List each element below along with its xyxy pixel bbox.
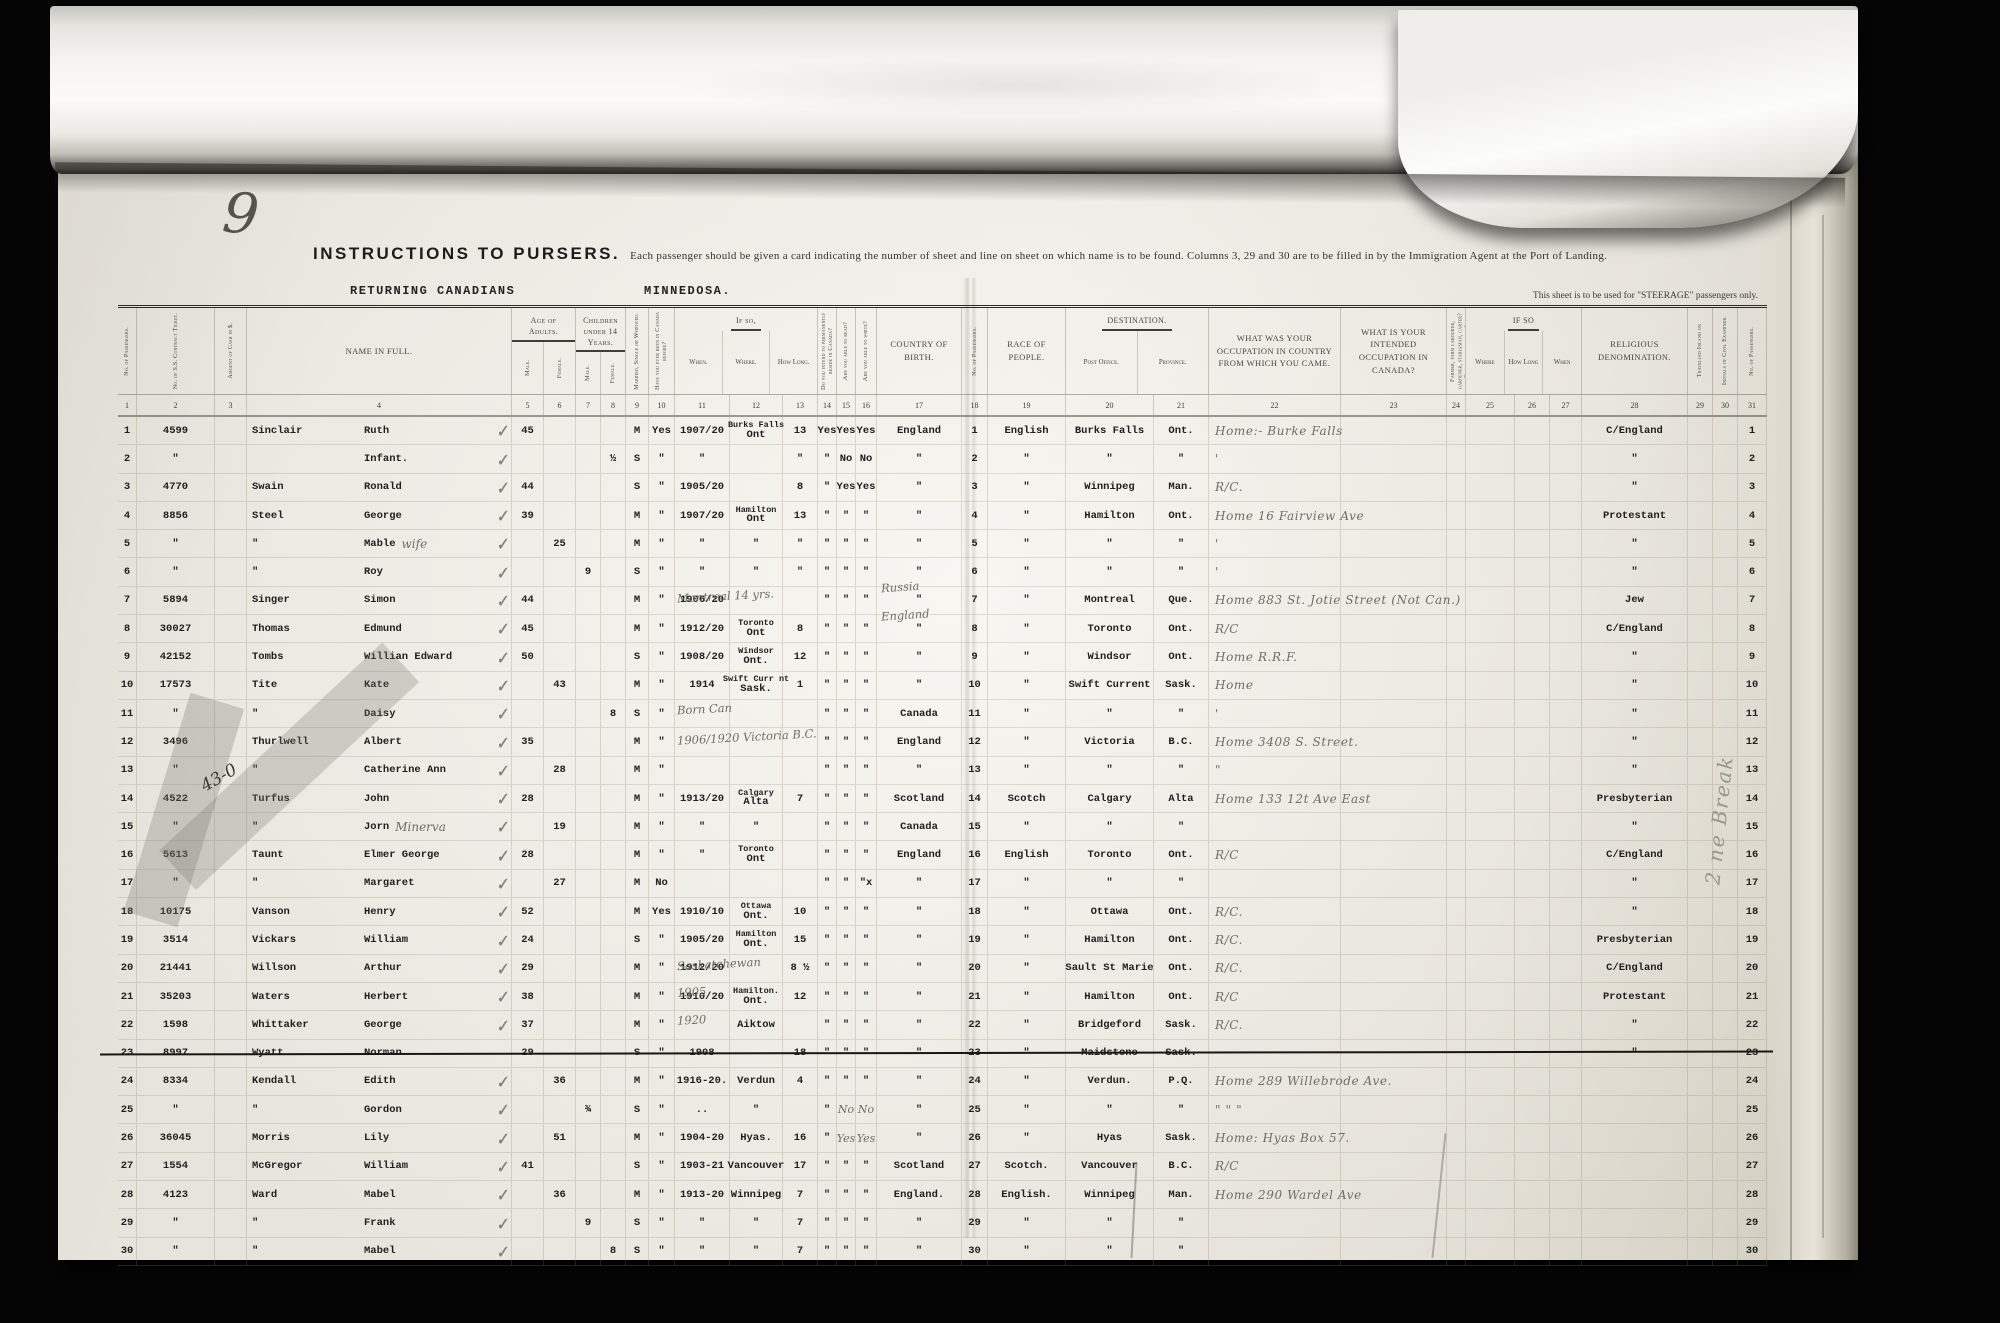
occupation-handwritten: Home R.R.F. — [1215, 650, 1298, 664]
document-header: INSTRUCTIONS TO PURSERS.Each passenger s… — [313, 244, 1743, 264]
cell-able-to-read: No — [837, 445, 856, 472]
cell-marital-status: S — [626, 1153, 649, 1180]
cell-destination-post-office: " — [1066, 558, 1154, 585]
cell-able-to-read: " — [837, 983, 856, 1010]
cell-name: KendallEdith✓ — [247, 1068, 512, 1095]
cell-age-female: 19 — [544, 813, 576, 840]
passenger-given-name: Herbert — [364, 991, 408, 1003]
cell-passenger-number: 15 — [962, 813, 988, 840]
cell-child-male — [576, 1238, 601, 1265]
cell-intend-reside: " — [818, 643, 837, 670]
cell-able-to-write: " — [856, 672, 877, 699]
cell-line-number: 9 — [118, 643, 137, 670]
cell-canada-before: " — [649, 1238, 675, 1265]
cell-intend-reside: " — [818, 983, 837, 1010]
cell-travelled-inland — [1688, 983, 1713, 1010]
occupation-handwritten: Home 289 Willebrode Ave. — [1215, 1074, 1392, 1088]
cell-intend-reside: " — [818, 1238, 837, 1265]
passenger-surname: Ward — [252, 1189, 364, 1201]
where-province: Ont — [747, 514, 766, 525]
cell-destination-post-office: " — [1066, 1209, 1154, 1236]
cell-farm-work — [1447, 1040, 1466, 1067]
column-group-label: Age of Adults. — [512, 316, 575, 342]
cell-intended-occupation — [1341, 757, 1447, 784]
cell-marital-status: M — [626, 587, 649, 614]
passenger-group-label: RETURNING CANADIANS — [350, 284, 515, 298]
cell-destination-post-office: Calgary — [1066, 785, 1154, 812]
cell-line-number-end: 11 — [1738, 700, 1767, 727]
cell-intend-reside: " — [818, 1068, 837, 1095]
passenger-row: 2636045MorrisLily✓51M"1904-20Hyas.16"Yes… — [118, 1124, 1767, 1152]
column-header-label: WHAT WAS YOUR OCCUPATION IN COUNTRY FROM… — [1209, 332, 1340, 370]
cell-intended-occupation — [1341, 1096, 1447, 1123]
cell-intend-reside: " — [818, 1153, 837, 1180]
cell-cash-amount — [215, 643, 247, 670]
column-header: Have you ever been in Canada before? — [649, 308, 675, 394]
cell-ticket-number: 42152 — [137, 643, 215, 670]
cell-name: "JornMinerva✓ — [247, 813, 512, 840]
pencil-checkmark: ✓ — [497, 478, 510, 499]
cell-age-female — [544, 785, 576, 812]
cell-religion: Presbyterian — [1582, 785, 1688, 812]
country-handwritten-note: England — [881, 606, 930, 623]
cell-country-of-birth: " — [877, 1011, 962, 1038]
cell-canada-before: " — [649, 1011, 675, 1038]
cell-intended-occupation — [1341, 1011, 1447, 1038]
cell-ifso-how-long — [1515, 417, 1550, 444]
cell-canada-before: " — [649, 1181, 675, 1208]
occupation-handwritten: R/C. — [1215, 905, 1243, 919]
cell-where-in-canada: Hyas. — [730, 1124, 783, 1151]
cell-ifso-when — [1550, 1153, 1582, 1180]
cell-marital-status: M — [626, 1124, 649, 1151]
cell-race: Scotch. — [988, 1153, 1066, 1180]
cell-able-to-write: " — [856, 898, 877, 925]
cell-previous-occupation: R/C. — [1209, 955, 1341, 982]
column-header: No. of Passengers. — [962, 308, 988, 394]
column-header-label: COUNTRY OF BIRTH. — [877, 338, 961, 364]
pencil-checkmark: ✓ — [497, 1015, 510, 1036]
cell-religion: C/England — [1582, 417, 1688, 444]
column-header: No. of S.S. Contract Ticket. — [137, 308, 215, 394]
cell-how-long: 18 — [783, 1040, 818, 1067]
cell-farm-work — [1447, 502, 1466, 529]
cell-age-male: 29 — [512, 955, 544, 982]
cell-able-to-read: " — [837, 1068, 856, 1095]
pencil-checkmark: ✓ — [497, 1185, 510, 1206]
cell-race: " — [988, 530, 1066, 557]
cell-when-in-canada: " — [675, 1238, 730, 1265]
cell-passenger-number: 11 — [962, 700, 988, 727]
cell-country-of-birth: Scotland — [877, 1153, 962, 1180]
passenger-row: 165613TauntElmer George✓28M""TorontoOnt"… — [118, 841, 1767, 869]
column-number: 22 — [1209, 395, 1341, 415]
cell-previous-occupation: Home 133 12t Ave East — [1209, 785, 1341, 812]
pencil-checkmark: ✓ — [497, 874, 510, 895]
column-header-label: Have you ever worked as Farmer, farm lab… — [1447, 310, 1466, 392]
cell-how-long — [783, 1011, 818, 1038]
cell-age-male — [512, 813, 544, 840]
cell-travelled-inland — [1688, 502, 1713, 529]
cell-age-male — [512, 1238, 544, 1265]
cell-when-in-canada: " — [675, 530, 730, 557]
cell-religion: Protestant — [1582, 502, 1688, 529]
where-province: Ont — [747, 854, 766, 865]
cell-intended-occupation — [1341, 445, 1447, 472]
cell-destination-post-office: Hamilton — [1066, 502, 1154, 529]
column-number: 19 — [988, 395, 1066, 415]
cell-ifso-how-long — [1515, 1068, 1550, 1095]
cell-age-female — [544, 643, 576, 670]
cell-farm-work — [1447, 1068, 1466, 1095]
cell-passenger-number: 2 — [962, 445, 988, 472]
cell-how-long: 12 — [783, 643, 818, 670]
passenger-row: 29""Frank✓9S"""7""""29"""29 — [118, 1209, 1767, 1237]
pencil-checkmark: ✓ — [497, 421, 510, 442]
cell-where-in-canada: Burks FallsOnt — [730, 417, 783, 444]
cell-passenger-number: 10 — [962, 672, 988, 699]
cell-name: SwainRonald✓ — [247, 474, 512, 501]
column-subheader: How Long — [1505, 331, 1544, 394]
cell-marital-status: M — [626, 1181, 649, 1208]
cell-previous-occupation: Home R.R.F. — [1209, 643, 1341, 670]
cell-intended-occupation — [1341, 870, 1447, 897]
cell-religion: " — [1582, 870, 1688, 897]
binding-edge — [1766, 148, 1858, 1260]
cell-how-long: 13 — [783, 502, 818, 529]
steerage-note: This sheet is to be used for "STEERAGE" … — [1428, 291, 1758, 301]
cell-line-number: 16 — [118, 841, 137, 868]
cell-destination-post-office: " — [1066, 813, 1154, 840]
cell-country-of-birth: " — [877, 757, 962, 784]
column-subheader-label: Where — [1475, 359, 1494, 366]
cell-intended-occupation — [1341, 700, 1447, 727]
cell-marital-status: M — [626, 502, 649, 529]
cell-ifso-when — [1550, 785, 1582, 812]
cell-where-in-canada: " — [730, 813, 783, 840]
cell-canada-before: " — [649, 587, 675, 614]
cell-able-to-write: " — [856, 1011, 877, 1038]
where-province: Sask. — [740, 684, 772, 695]
cell-destination-province: B.C. — [1154, 1153, 1209, 1180]
cell-destination-province: Man. — [1154, 474, 1209, 501]
cell-child-female — [601, 1040, 626, 1067]
cell-able-to-read: " — [837, 813, 856, 840]
cell-passenger-number: 22 — [962, 1011, 988, 1038]
cell-country-of-birth: England — [877, 728, 962, 755]
pencil-checkmark: ✓ — [497, 619, 510, 640]
cell-cash-amount — [215, 1153, 247, 1180]
cell-examiner-initials — [1713, 926, 1738, 953]
cell-ticket-number: 8856 — [137, 502, 215, 529]
cell-intend-reside: " — [818, 870, 837, 897]
manifest-sheet: 9 INSTRUCTIONS TO PURSERS.Each passenger… — [58, 148, 1858, 1260]
cell-religion: Protestant — [1582, 983, 1688, 1010]
occupation-handwritten: R/C — [1215, 1159, 1239, 1173]
passenger-row: 75894SingerSimon✓44M"1906/20Montreal 14 … — [118, 587, 1767, 615]
cell-when-in-canada: 1912/20 — [675, 615, 730, 642]
cell-age-male: 39 — [512, 502, 544, 529]
cell-where-in-canada — [730, 700, 783, 727]
cell-ifso-how-long — [1515, 1096, 1550, 1123]
cell-name: VansonHenry✓ — [247, 898, 512, 925]
cell-child-female — [601, 1124, 626, 1151]
cell-ifso-when — [1550, 700, 1582, 727]
cell-age-female — [544, 1011, 576, 1038]
passenger-surname: Taunt — [252, 849, 364, 861]
cell-age-male — [512, 757, 544, 784]
cell-ifso-when — [1550, 813, 1582, 840]
pencil-checkmark: ✓ — [497, 1157, 510, 1178]
cell-where-in-canada — [730, 474, 783, 501]
cell-examiner-initials — [1713, 1011, 1738, 1038]
cell-religion: " — [1582, 643, 1688, 670]
column-header: Children under 14 Years.Male.Female. — [576, 308, 626, 394]
cell-religion: C/England — [1582, 615, 1688, 642]
cell-religion — [1582, 1068, 1688, 1095]
cell-child-male — [576, 615, 601, 642]
cell-age-male — [512, 1124, 544, 1151]
cell-when-in-canada: 1914 — [675, 672, 730, 699]
cell-able-to-read: " — [837, 1181, 856, 1208]
passenger-given-name: William — [364, 1160, 408, 1172]
cell-ifso-how-long — [1515, 1040, 1550, 1067]
cell-destination-province: " — [1154, 1238, 1209, 1265]
cell-cash-amount — [215, 983, 247, 1010]
cell-farm-work — [1447, 1238, 1466, 1265]
passenger-row: 5""Mablewife✓25M""""""""5"""'"5 — [118, 530, 1767, 558]
cell-when-in-canada: 1913-20 — [675, 1181, 730, 1208]
cell-intend-reside: " — [818, 445, 837, 472]
cell-ifso-where — [1466, 1209, 1515, 1236]
cell-child-male — [576, 1181, 601, 1208]
cell-cash-amount — [215, 1181, 247, 1208]
cell-child-male — [576, 785, 601, 812]
cell-when-in-canada: Born Can — [675, 700, 730, 727]
cell-when-in-canada: 1908 — [675, 1040, 730, 1067]
cell-age-female — [544, 1153, 576, 1180]
cell-able-to-write: " — [856, 1153, 877, 1180]
cell-ifso-where — [1466, 672, 1515, 699]
cell-name: ThomasEdmund✓ — [247, 615, 512, 642]
cell-age-male: 44 — [512, 474, 544, 501]
cell-ticket-number: " — [137, 445, 215, 472]
passenger-row: 6""Roy✓9S""""""""6"""'"6 — [118, 558, 1767, 586]
cell-destination-post-office: " — [1066, 1238, 1154, 1265]
column-number: 7 — [576, 395, 601, 415]
cell-examiner-initials — [1713, 983, 1738, 1010]
cell-age-male: 50 — [512, 643, 544, 670]
cell-age-female — [544, 615, 576, 642]
cell-line-number-end: 30 — [1738, 1238, 1767, 1265]
cell-able-to-read: " — [837, 672, 856, 699]
cell-able-to-write: " — [856, 587, 877, 614]
cell-where-in-canada: " — [730, 530, 783, 557]
where-province: Ont. — [743, 996, 768, 1007]
passenger-given-name: Mable — [364, 538, 396, 550]
cell-destination-province: " — [1154, 757, 1209, 784]
cell-country-of-birth: " — [877, 643, 962, 670]
cell-how-long: 10 — [783, 898, 818, 925]
cell-line-number: 3 — [118, 474, 137, 501]
cell-ifso-when — [1550, 1181, 1582, 1208]
cell-travelled-inland — [1688, 643, 1713, 670]
cell-line-number-end: 6 — [1738, 558, 1767, 585]
passenger-given-name: Albert — [364, 736, 402, 748]
cell-destination-post-office: Windsor — [1066, 643, 1154, 670]
passenger-surname: " — [252, 1104, 364, 1116]
cell-travelled-inland — [1688, 1068, 1713, 1095]
cell-marital-status: S — [626, 474, 649, 501]
cell-marital-status: M — [626, 785, 649, 812]
cell-religion: " — [1582, 445, 1688, 472]
cell-child-female — [601, 1011, 626, 1038]
column-header: Travelled Inland on — [1688, 308, 1713, 394]
cell-intend-reside: " — [818, 1011, 837, 1038]
cell-age-male: 45 — [512, 417, 544, 444]
column-subheader: Female. — [544, 342, 575, 394]
cell-age-male — [512, 530, 544, 557]
where-province: Alta — [743, 797, 768, 808]
column-header: Initials of Civil Examiner. — [1713, 308, 1738, 394]
passenger-surname: Singer — [252, 594, 364, 606]
cell-marital-status: S — [626, 926, 649, 953]
cell-age-female — [544, 587, 576, 614]
cell-intend-reside: " — [818, 728, 837, 755]
cell-examiner-initials — [1713, 445, 1738, 472]
cell-ifso-where — [1466, 757, 1515, 784]
cell-passenger-number: 1 — [962, 417, 988, 444]
column-header: RELIGIOUS DENOMINATION. — [1582, 308, 1688, 394]
column-header-label: Initials of Civil Examiner. — [1721, 316, 1728, 385]
occupation-handwritten: " — [1215, 763, 1221, 777]
cell-country-of-birth: " — [877, 870, 962, 897]
cell-able-to-read: Yes — [837, 417, 856, 444]
cell-child-female — [601, 615, 626, 642]
cell-ifso-when — [1550, 502, 1582, 529]
cell-passenger-number: 3 — [962, 474, 988, 501]
cell-examiner-initials — [1713, 728, 1738, 755]
cell-able-to-write: " — [856, 983, 877, 1010]
cell-examiner-initials — [1713, 587, 1738, 614]
cell-child-male — [576, 672, 601, 699]
cell-ifso-how-long — [1515, 700, 1550, 727]
cell-child-female — [601, 926, 626, 953]
cell-country-of-birth: " — [877, 1238, 962, 1265]
cell-age-female: 36 — [544, 1181, 576, 1208]
cell-able-to-write: " — [856, 700, 877, 727]
cell-race: " — [988, 955, 1066, 982]
passenger-given-name: Simon — [364, 594, 396, 606]
passenger-row: 284123WardMabel✓36M"1913-20Winnipeg7"""E… — [118, 1181, 1767, 1209]
cell-how-long — [783, 1096, 818, 1123]
cell-ifso-where — [1466, 785, 1515, 812]
cell-intended-occupation — [1341, 417, 1447, 444]
cell-line-number: 12 — [118, 728, 137, 755]
passenger-row: 48856SteelGeorge✓39M"1907/20HamiltonOnt1… — [118, 502, 1767, 530]
cell-line-number: 2 — [118, 445, 137, 472]
cell-name: WhittakerGeorge✓ — [247, 1011, 512, 1038]
cell-child-female — [601, 643, 626, 670]
cell-ifso-where — [1466, 1096, 1515, 1123]
cell-destination-post-office: Toronto — [1066, 841, 1154, 868]
cell-marital-status: M — [626, 757, 649, 784]
cell-how-long: 13 — [783, 417, 818, 444]
cell-when-in-canada: 1903-21 — [675, 1153, 730, 1180]
cell-ticket-number: 36045 — [137, 1124, 215, 1151]
column-header: IF SOWhereHow LongWhen — [1466, 308, 1582, 394]
column-header-label: No. of Passengers. — [1748, 327, 1755, 376]
column-number-row: 1234567891011121314151617181920212223242… — [118, 395, 1767, 417]
cell-child-male — [576, 530, 601, 557]
cell-ifso-how-long — [1515, 1124, 1550, 1151]
cell-destination-post-office: " — [1066, 530, 1154, 557]
cell-ifso-how-long — [1515, 474, 1550, 501]
cell-child-male: 9 — [576, 558, 601, 585]
cell-ticket-number: " — [137, 1096, 215, 1123]
cell-intend-reside: " — [818, 898, 837, 925]
cell-able-to-write: " — [856, 530, 877, 557]
passenger-row: 25""Gordon✓¾S"..""NoNo"25"""" " "25 — [118, 1096, 1767, 1124]
cell-destination-post-office: Winnipeg — [1066, 474, 1154, 501]
cell-cash-amount — [215, 1011, 247, 1038]
cell-line-number: 22 — [118, 1011, 137, 1038]
cell-intended-occupation — [1341, 841, 1447, 868]
column-header: Are you able to read? — [837, 308, 856, 394]
cell-line-number-end: 25 — [1738, 1096, 1767, 1123]
passenger-surname: Vickars — [252, 934, 364, 946]
cell-how-long — [783, 870, 818, 897]
occupation-handwritten: ' — [1215, 707, 1219, 721]
cell-where-in-canada: " — [730, 1096, 783, 1123]
cell-ifso-where — [1466, 558, 1515, 585]
cell-destination-post-office: Hyas — [1066, 1124, 1154, 1151]
column-group-subs: When.Where.How Long. — [675, 331, 817, 394]
cell-line-number: 30 — [118, 1238, 137, 1265]
cell-destination-post-office: Winnipeg — [1066, 1181, 1154, 1208]
cell-ifso-where — [1466, 1011, 1515, 1038]
cell-canada-before: " — [649, 757, 675, 784]
column-number: 17 — [877, 395, 962, 415]
cell-intended-occupation — [1341, 558, 1447, 585]
cell-passenger-number: 8 — [962, 615, 988, 642]
pencil-checkmark: ✓ — [497, 930, 510, 951]
pencil-checkmark: ✓ — [497, 1128, 510, 1149]
pencil-checkmark: ✓ — [497, 562, 510, 583]
cell-how-long — [783, 813, 818, 840]
cell-destination-province: " — [1154, 1096, 1209, 1123]
cell-line-number: 29 — [118, 1209, 137, 1236]
cell-intend-reside: " — [818, 1124, 837, 1151]
column-header-label: No. of Passengers. — [971, 327, 978, 376]
column-subheader: Where — [1466, 331, 1505, 394]
cell-able-to-read: " — [837, 558, 856, 585]
cell-destination-province: Sask. — [1154, 1040, 1209, 1067]
cell-line-number: 11 — [118, 700, 137, 727]
cell-examiner-initials — [1713, 700, 1738, 727]
cell-child-female — [601, 1181, 626, 1208]
cell-marital-status: M — [626, 1011, 649, 1038]
cell-travelled-inland — [1688, 1209, 1713, 1236]
cell-cash-amount — [215, 558, 247, 585]
cell-where-in-canada: Swift Curr ntSask. — [730, 672, 783, 699]
cell-able-to-read: " — [837, 757, 856, 784]
occupation-handwritten: R/C. — [1215, 480, 1243, 494]
cell-age-male: 37 — [512, 1011, 544, 1038]
cell-name: Infant.✓ — [247, 445, 512, 472]
cell-line-number-end: 22 — [1738, 1011, 1767, 1038]
cell-marital-status: S — [626, 445, 649, 472]
